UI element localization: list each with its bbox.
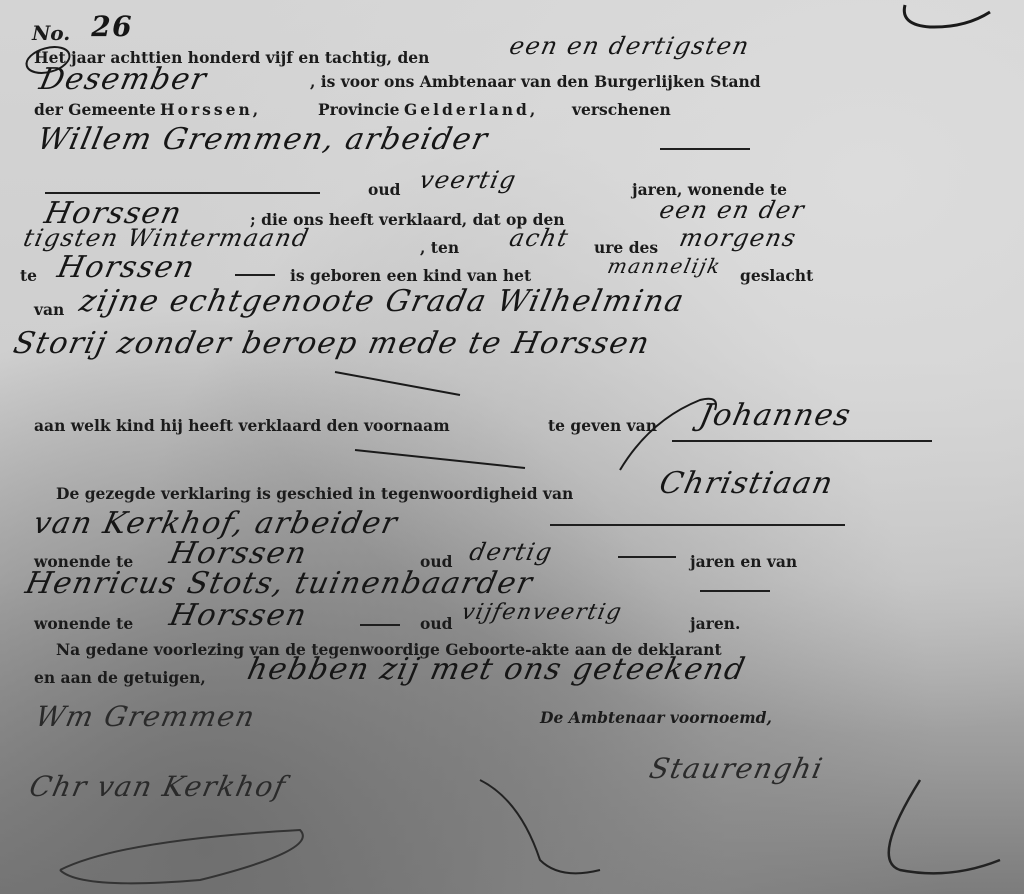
printed-ten: , ten xyxy=(420,238,459,257)
fill-rule xyxy=(360,624,400,626)
number-label: No. xyxy=(32,21,70,45)
hand-witness2: Henricus Stots, tuinenbaarder xyxy=(22,566,536,601)
printed-municipality: Horssen, xyxy=(160,100,261,119)
hand-birth-month: tigsten Wintermaand xyxy=(21,224,312,252)
hand-witness2-residence: Horssen xyxy=(166,598,310,633)
printed-child-name-label: aan welk kind hij heeft verklaard den vo… xyxy=(34,416,450,435)
signature-witness1: Chr van Kerkhof xyxy=(26,770,289,803)
printed-oud: oud xyxy=(420,614,452,633)
number-value: 26 xyxy=(91,10,133,43)
printed-witnesses: en aan de getuigen, xyxy=(34,668,206,687)
signature-official: Staurenghi xyxy=(646,752,826,785)
hand-mother-continued: Storij zonder beroep mede te Horssen xyxy=(10,326,653,361)
printed-province-label: Provincie xyxy=(318,100,400,119)
hand-witness2-age: vijfenveertig xyxy=(459,600,624,625)
printed-te: te xyxy=(20,266,37,285)
hand-witness1-age: dertig xyxy=(467,538,556,566)
hand-declarant: Willem Gremmen, arbeider xyxy=(34,122,491,157)
signature-declarant: Wm Gremmen xyxy=(32,700,258,733)
printed-witness-intro: De gezegde verklaring is geschied in teg… xyxy=(56,484,573,503)
printed-to-give: te geven van xyxy=(548,416,657,435)
hand-age-declarant: veertig xyxy=(417,166,520,194)
printed-official-named: De Ambtenaar voornoemd, xyxy=(540,708,772,727)
hand-witness1-first: Christiaan xyxy=(656,466,837,501)
hand-child-name: Johannes xyxy=(696,398,855,433)
printed-van: van xyxy=(34,300,64,319)
printed-oud: oud xyxy=(368,180,400,199)
hand-month: Desember xyxy=(36,62,210,97)
printed-appeared: verschenen xyxy=(572,100,671,119)
fill-rule xyxy=(660,148,750,150)
fill-rule xyxy=(235,274,275,276)
fill-rule xyxy=(672,440,932,442)
fill-rule xyxy=(45,192,320,194)
printed-province: Gelderland, xyxy=(404,100,538,119)
hand-birth-daypart: morgens xyxy=(677,224,799,252)
hand-birth-day: een en der xyxy=(657,196,808,224)
hand-signed-clause: hebben zij met ons geteekend xyxy=(244,652,749,687)
printed-official-text: , is voor ons Ambtenaar van den Burgerli… xyxy=(310,72,761,91)
fill-rule xyxy=(550,524,845,526)
hand-birth-place: Horssen xyxy=(54,250,198,285)
printed-years-end: jaren. xyxy=(690,614,740,633)
printed-municipality-label: der Gemeente xyxy=(34,100,156,119)
hand-birth-hour: acht xyxy=(507,224,572,252)
certificate-number: No. 26 xyxy=(32,14,119,47)
printed-living-at: wonende te xyxy=(34,614,133,633)
printed-years-and: jaren en van xyxy=(690,552,797,571)
hand-day: een en dertigsten xyxy=(507,32,753,60)
hand-mother: zijne echtgenoote Grada Wilhelmina xyxy=(76,284,688,319)
fill-rule xyxy=(618,556,676,558)
printed-sex-label: geslacht xyxy=(740,266,813,285)
hand-sex: mannelijk xyxy=(605,254,723,278)
printed-child-born: is geboren een kind van het xyxy=(290,266,531,285)
fill-rule xyxy=(700,590,770,592)
